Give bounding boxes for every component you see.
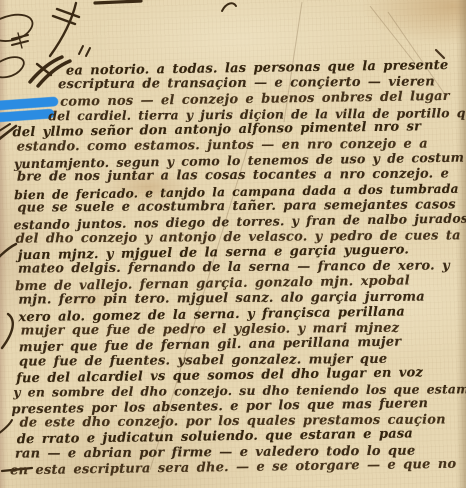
manuscript-text-block: ea notorio. a todas. las personas que la… bbox=[4, 59, 466, 478]
manuscript-page: ea notorio. a todas. las personas que la… bbox=[0, 0, 466, 488]
